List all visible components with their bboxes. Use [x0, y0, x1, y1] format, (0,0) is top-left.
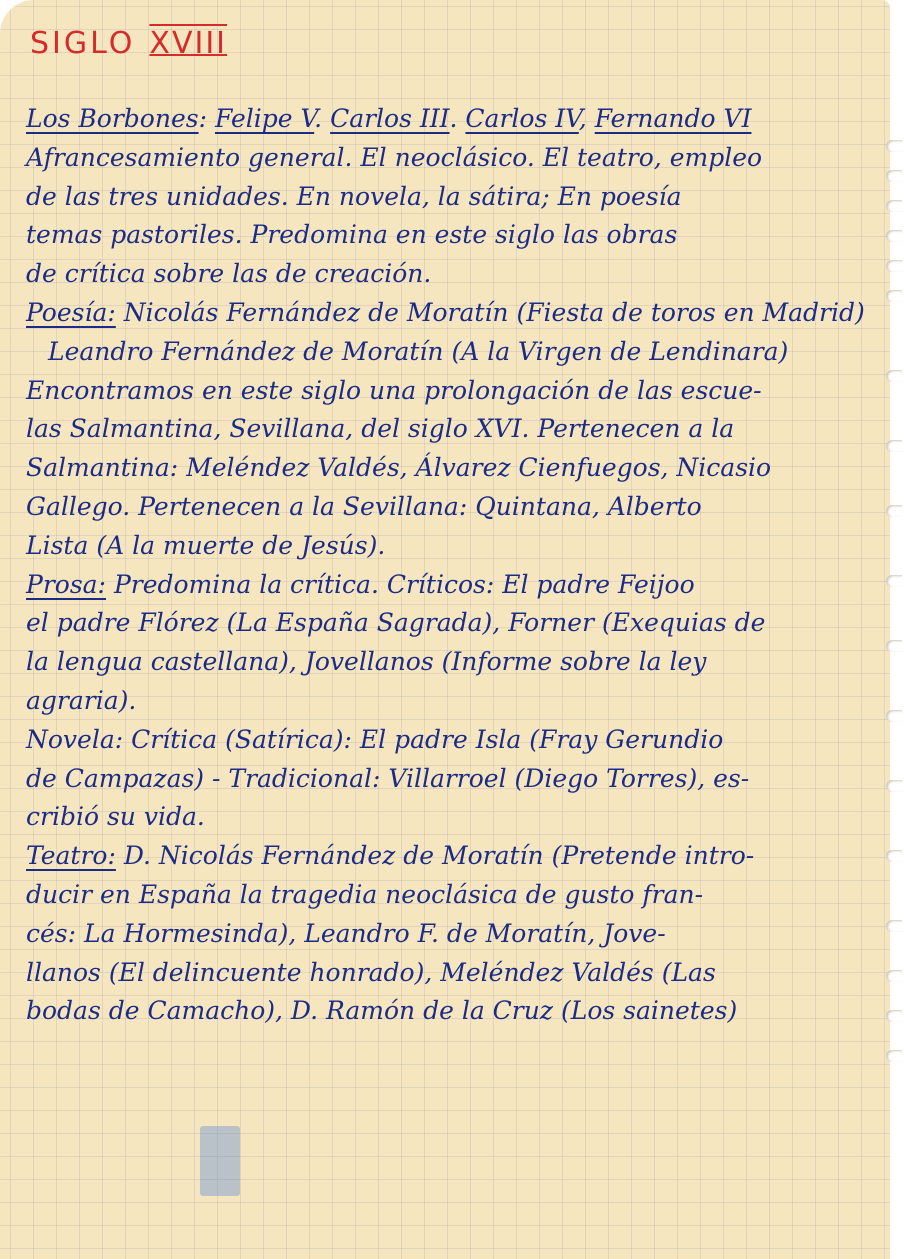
binding-hole	[886, 505, 902, 517]
binding-hole	[886, 850, 902, 862]
king: Fernando VI	[595, 104, 752, 133]
text-line: de Campazas) - Tradicional: Villarroel (…	[26, 760, 886, 799]
binding-hole	[886, 370, 902, 382]
text-line: temas pastoriles. Predomina en este sigl…	[26, 216, 886, 255]
title-century: XVIII	[149, 26, 227, 61]
binding-hole	[886, 780, 902, 792]
binding-hole	[886, 230, 902, 242]
text-line: ducir en España la tragedia neoclásica d…	[26, 876, 886, 915]
poesia-line: Poesía: Nicolás Fernández de Moratín (Fi…	[26, 294, 886, 333]
section-label-prosa: Prosa:	[26, 570, 106, 599]
text-line: Predomina la crítica. Críticos: El padre…	[114, 570, 695, 599]
text-line: agraria).	[26, 682, 886, 721]
binding-hole	[886, 170, 902, 182]
text-line: Lista (A la muerte de Jesús).	[26, 527, 886, 566]
text-line: Afrancesamiento general. El neoclásico. …	[26, 139, 886, 178]
title-word: SIGLO	[30, 26, 135, 61]
text-line: Crítica (Satírica): El padre Isla (Fray …	[131, 725, 723, 754]
binding-hole	[886, 575, 902, 587]
text-line: de las tres unidades. En novela, la sáti…	[26, 178, 886, 217]
section-label-teatro: Teatro:	[26, 841, 116, 870]
colon: :	[199, 104, 215, 133]
intro-kings-line: Los Borbones: Felipe V. Carlos III. Carl…	[26, 100, 886, 139]
text-line: Leandro Fernández de Moratín (A la Virge…	[26, 333, 886, 372]
text-line: Salmantina: Meléndez Valdés, Álvarez Cie…	[26, 449, 886, 488]
intro-label: Los Borbones	[26, 104, 199, 133]
text-line: cés: La Hormesinda), Leandro F. de Morat…	[26, 915, 886, 954]
king: Felipe V	[215, 104, 314, 133]
separator: .	[450, 104, 466, 133]
text-line: llanos (El delincuente honrado), Melénde…	[26, 954, 886, 993]
king: Carlos III	[330, 104, 449, 133]
separator: .	[314, 104, 330, 133]
binding-hole	[886, 710, 902, 722]
binding-hole	[886, 440, 902, 452]
page-title: SIGLOXVIII	[30, 26, 227, 61]
torn-binding-edge	[882, 140, 904, 1240]
section-label-novela: Novela:	[26, 725, 123, 754]
king: Carlos IV	[465, 104, 578, 133]
text-line: Encontramos en este siglo una prolongaci…	[26, 372, 886, 411]
text-line: bodas de Camacho), D. Ramón de la Cruz (…	[26, 992, 886, 1031]
section-label-poesia: Poesía:	[26, 298, 116, 327]
novela-line: Novela: Crítica (Satírica): El padre Isl…	[26, 721, 886, 760]
text-line: las Salmantina, Sevillana, del siglo XVI…	[26, 410, 886, 449]
teatro-line: Teatro: D. Nicolás Fernández de Moratín …	[26, 837, 886, 876]
separator: ,	[579, 104, 595, 133]
text-line: cribió su vida.	[26, 798, 886, 837]
binding-hole	[886, 140, 902, 152]
binding-hole	[886, 970, 902, 982]
binding-hole	[886, 1050, 902, 1062]
binding-hole	[886, 200, 902, 212]
binding-hole	[886, 920, 902, 932]
binding-hole	[886, 1010, 902, 1022]
handwritten-notes: Los Borbones: Felipe V. Carlos III. Carl…	[26, 100, 886, 1031]
text-line: la lengua castellana), Jovellanos (Infor…	[26, 643, 886, 682]
text-line: el padre Flórez (La España Sagrada), For…	[26, 604, 886, 643]
text-line: de crítica sobre las de creación.	[26, 255, 886, 294]
ink-smudge	[200, 1126, 240, 1196]
prosa-line: Prosa: Predomina la crítica. Críticos: E…	[26, 566, 886, 605]
notebook-page: SIGLOXVIII Los Borbones: Felipe V. Carlo…	[0, 0, 890, 1259]
text-line: Nicolás Fernández de Moratín (Fiesta de …	[124, 298, 865, 327]
binding-hole	[886, 640, 902, 652]
text-line: D. Nicolás Fernández de Moratín (Pretend…	[124, 841, 754, 870]
binding-hole	[886, 290, 902, 302]
binding-hole	[886, 260, 902, 272]
text-line: Gallego. Pertenecen a la Sevillana: Quin…	[26, 488, 886, 527]
